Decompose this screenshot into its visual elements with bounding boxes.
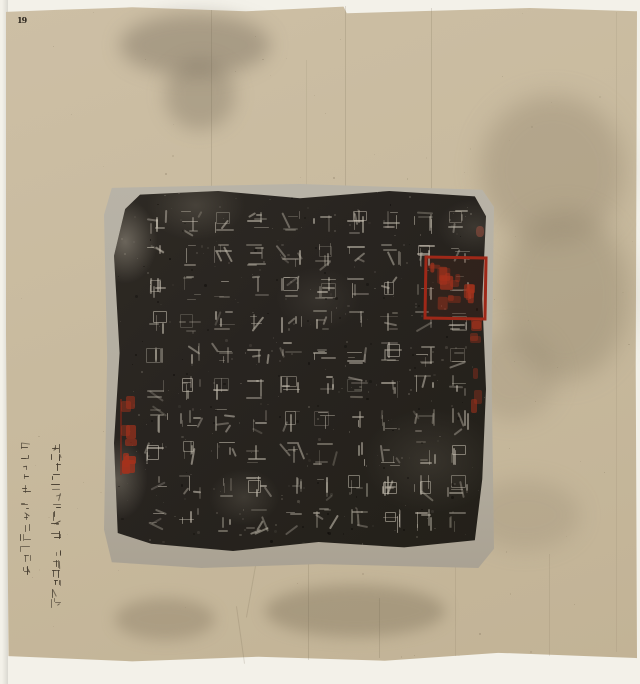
rubbing-character — [242, 437, 273, 470]
speckle — [333, 177, 334, 178]
annotation-stroke — [25, 485, 26, 493]
speckle — [414, 655, 415, 656]
annotation-stroke — [21, 546, 29, 547]
glyph-stroke — [416, 354, 428, 356]
speckle — [120, 321, 121, 322]
speckle — [255, 36, 256, 37]
glyph-stroke — [390, 465, 400, 467]
rubbing-character — [209, 371, 240, 404]
annotation-stroke — [57, 463, 58, 471]
rubbing-character — [276, 404, 307, 437]
rubbing-character — [142, 238, 173, 271]
rubbing-character — [410, 371, 441, 404]
speckle — [118, 570, 119, 571]
annotation-character — [19, 554, 33, 565]
annotation-stroke — [24, 555, 30, 556]
glyph-stroke — [251, 509, 267, 511]
glyph-stroke — [421, 362, 433, 364]
annotation-stroke — [54, 511, 55, 516]
glyph-stroke — [316, 319, 325, 321]
glyph-stroke — [161, 348, 163, 363]
rubbing-character — [242, 271, 273, 304]
annotation-stroke — [53, 570, 54, 577]
glyph-stroke — [418, 245, 431, 256]
speckle — [38, 436, 39, 437]
glyph-stroke — [467, 413, 469, 430]
speckle — [135, 354, 137, 356]
speckle — [53, 626, 54, 627]
annotation-character — [50, 559, 64, 569]
annotation-character — [19, 502, 33, 513]
speckle — [338, 547, 340, 549]
annotation-stroke — [56, 524, 59, 525]
rubbing-character — [276, 371, 307, 404]
glyph-stroke — [287, 317, 295, 324]
glyph-stroke — [430, 517, 432, 531]
speckle — [39, 569, 40, 570]
glyph-stroke — [452, 375, 454, 386]
annotation-character — [19, 544, 33, 555]
rubbing-column — [209, 205, 240, 537]
speckle — [286, 58, 287, 59]
annotation-stroke — [55, 580, 56, 585]
glyph-stroke — [188, 245, 196, 247]
glyph-stroke — [224, 414, 235, 417]
glyph-stroke — [449, 211, 461, 223]
rubbing-character — [175, 338, 206, 371]
glyph-stroke — [180, 413, 182, 424]
rubbing-character — [175, 437, 206, 470]
speckle — [377, 192, 378, 193]
rubbing-character — [276, 471, 307, 504]
glyph-stroke — [217, 443, 219, 459]
speckle — [477, 199, 479, 201]
speckle — [494, 299, 495, 300]
glyph-stroke — [283, 342, 293, 344]
rubbing-character — [343, 504, 374, 537]
speckle — [32, 577, 33, 578]
glyph-stroke — [261, 247, 263, 259]
glyph-stroke — [399, 510, 401, 528]
glyph-stroke — [326, 477, 328, 494]
annotation-character — [50, 529, 64, 539]
rubbing-character — [376, 338, 407, 371]
glyph-stroke — [300, 481, 302, 489]
rubbing-character — [209, 471, 240, 504]
glyph-stroke — [313, 352, 326, 354]
glyph-stroke — [361, 442, 363, 456]
rubbing-character — [242, 305, 273, 338]
glyph-stroke — [347, 246, 365, 248]
glyph-stroke — [295, 259, 297, 266]
glyph-stroke — [157, 416, 159, 432]
glyph-stroke — [353, 211, 367, 221]
speckle — [35, 465, 36, 466]
glyph-stroke — [247, 462, 257, 464]
glyph-stroke — [451, 475, 466, 488]
rubbing-character — [175, 371, 206, 404]
glyph-stroke — [317, 479, 324, 481]
glyph-stroke — [453, 223, 456, 234]
speckle — [162, 541, 164, 543]
speckle — [510, 593, 511, 594]
glyph-stroke — [222, 517, 224, 528]
glyph-stroke — [214, 328, 230, 330]
glyph-stroke — [313, 310, 327, 312]
glyph-stroke — [454, 521, 456, 531]
annotation-stroke — [52, 476, 53, 480]
glyph-stroke — [450, 516, 452, 529]
speckle — [485, 452, 486, 453]
glyph-stroke — [452, 408, 454, 422]
speckle — [509, 448, 510, 449]
glyph-stroke — [254, 227, 269, 229]
rubbing-character — [175, 404, 206, 437]
glyph-stroke — [189, 410, 191, 423]
rubbing-character — [410, 471, 441, 504]
glyph-stroke — [164, 210, 166, 223]
rubbing-character — [142, 338, 173, 371]
glyph-stroke — [247, 349, 261, 351]
page-number: 19 — [17, 15, 26, 25]
speckle — [291, 197, 293, 199]
glyph-stroke — [257, 277, 259, 291]
annotation-stroke — [56, 552, 57, 555]
speckle — [250, 549, 252, 551]
annotation-character — [19, 533, 33, 544]
annotation-stroke — [25, 525, 26, 532]
glyph-stroke — [392, 312, 398, 314]
glyph-stroke — [297, 444, 305, 460]
annotation-stroke — [51, 599, 52, 608]
annotation-stroke — [23, 534, 24, 541]
glyph-stroke — [383, 222, 400, 224]
annotation-stroke — [56, 507, 62, 508]
annotation-character — [19, 441, 33, 452]
annotation-stroke — [52, 489, 60, 490]
glyph-stroke — [231, 448, 236, 456]
rubbing-character — [175, 238, 206, 271]
glyph-stroke — [219, 442, 234, 444]
rubbing-character — [376, 471, 407, 504]
rubbing-character — [142, 504, 173, 537]
glyph-stroke — [434, 454, 436, 464]
glyph-stroke — [179, 475, 190, 477]
speckle — [185, 607, 186, 608]
glyph-stroke — [246, 244, 262, 246]
rubbing-character — [209, 205, 240, 238]
glyph-stroke — [387, 344, 400, 357]
rubbing-character — [376, 205, 407, 238]
glyph-stroke — [220, 495, 233, 497]
rubbing-character — [376, 504, 407, 537]
glyph-stroke — [150, 244, 164, 252]
rubbing-column — [242, 205, 273, 537]
speckle — [502, 76, 503, 77]
glyph-stroke — [199, 379, 201, 387]
seal-mark — [473, 368, 478, 378]
glyph-stroke — [320, 216, 333, 218]
speckle — [134, 216, 136, 218]
rubbing-column — [142, 205, 173, 537]
glyph-stroke — [313, 463, 322, 465]
glyph-stroke — [220, 318, 222, 327]
glyph-stroke — [466, 484, 468, 491]
rubbing-character — [242, 504, 273, 537]
rubbing-character — [410, 338, 441, 371]
glyph-stroke — [248, 480, 262, 494]
speckle — [269, 199, 271, 201]
speckle — [580, 461, 581, 462]
rubbing-character — [142, 471, 173, 504]
glyph-stroke — [260, 212, 262, 224]
glyph-stroke — [146, 348, 161, 363]
glyph-stroke — [317, 443, 333, 445]
glyph-stroke — [293, 446, 295, 463]
rubbing-character — [376, 371, 407, 404]
glyph-stroke — [383, 422, 385, 431]
annotation-character — [19, 523, 33, 534]
glyph-stroke — [181, 211, 192, 213]
glyph-stroke — [183, 487, 189, 494]
rubbing-character — [309, 338, 340, 371]
glyph-stroke — [194, 294, 201, 296]
glyph-stroke — [250, 252, 262, 254]
rubbing-character — [175, 471, 206, 504]
annotation-character — [50, 462, 64, 472]
glyph-stroke — [451, 489, 463, 491]
glyph-stroke — [182, 378, 193, 393]
annotation-stroke — [57, 604, 60, 607]
rubbing-character — [376, 305, 407, 338]
glyph-stroke — [381, 244, 392, 246]
glyph-stroke — [385, 428, 397, 430]
glyph-stroke — [155, 509, 167, 515]
glyph-stroke — [449, 385, 464, 387]
rubbing-character — [410, 404, 441, 437]
speckle — [458, 655, 459, 656]
glyph-stroke — [416, 375, 418, 391]
rubbing-character — [309, 504, 340, 537]
glyph-stroke — [285, 411, 295, 425]
speckle — [235, 198, 236, 199]
rubbing-character — [309, 205, 340, 238]
glyph-stroke — [253, 314, 255, 330]
speckle — [132, 364, 133, 365]
speckle — [515, 236, 516, 237]
glyph-stroke — [163, 380, 165, 392]
rubbing-character — [276, 338, 307, 371]
glyph-stroke — [314, 353, 316, 360]
glyph-stroke — [421, 346, 435, 348]
rubbing — [114, 191, 486, 551]
annotation-stroke — [53, 504, 61, 505]
glyph-stroke — [384, 321, 397, 325]
glyph-stroke — [225, 424, 231, 433]
glyph-stroke — [184, 264, 196, 266]
glyph-stroke — [147, 445, 159, 460]
speckle — [172, 155, 173, 156]
annotation-stroke — [51, 523, 58, 524]
glyph-stroke — [301, 316, 303, 326]
glyph-stroke — [182, 221, 199, 223]
rubbing-character — [410, 504, 441, 537]
rubbing-character — [276, 271, 307, 304]
rubbing-character — [276, 238, 307, 271]
annotation-stroke — [23, 491, 31, 492]
annotation-character — [50, 549, 64, 559]
speckle — [118, 276, 119, 277]
speckle — [426, 157, 427, 158]
rubbing-character — [309, 238, 340, 271]
rubbing-character — [309, 371, 340, 404]
glyph-stroke — [390, 212, 399, 214]
speckle — [557, 367, 558, 368]
rubbing-column — [376, 205, 407, 537]
annotation-character — [50, 510, 64, 520]
glyph-stroke — [281, 317, 283, 333]
glyph-stroke — [357, 257, 365, 262]
glyph-stroke — [215, 416, 217, 430]
speckle — [566, 536, 567, 537]
glyph-stroke — [248, 263, 266, 265]
annotation-stroke — [59, 531, 60, 539]
annotation-stroke — [24, 539, 31, 540]
annotation-character — [19, 565, 33, 576]
glyph-stroke — [225, 311, 233, 313]
glyph-stroke — [394, 387, 396, 393]
speckle — [178, 193, 180, 195]
glyph-stroke — [415, 430, 422, 432]
glyph-stroke — [347, 278, 364, 280]
annotation-character — [19, 512, 33, 523]
speckle — [407, 178, 408, 179]
speckle — [103, 431, 104, 432]
seal-fragments — [470, 316, 486, 431]
rubbing-character — [209, 437, 240, 470]
glyph-stroke — [360, 311, 362, 323]
rubbing-character — [410, 205, 441, 238]
glyph-stroke — [260, 379, 262, 397]
rubbing-character — [343, 271, 374, 304]
rubbing-character — [242, 205, 273, 238]
rubbing-character — [343, 338, 374, 371]
annotation-character — [50, 501, 64, 511]
glyph-stroke — [162, 323, 164, 333]
glyph-stroke — [190, 511, 192, 524]
rubbing-character — [309, 305, 340, 338]
annotation-stroke — [21, 442, 30, 444]
annotation-stroke — [21, 458, 29, 459]
glyph-stroke — [420, 459, 429, 461]
glyph-stroke — [397, 381, 399, 398]
rubbing-character — [343, 305, 374, 338]
glyph-stroke — [381, 359, 396, 361]
seal-mark — [122, 460, 131, 474]
glyph-stroke — [150, 223, 152, 234]
rubbing-character — [142, 371, 173, 404]
rubbing-character — [343, 404, 374, 437]
glyph-stroke — [347, 379, 363, 393]
glyph-stroke — [156, 219, 158, 228]
glyph-stroke — [281, 376, 297, 387]
annotation-stroke — [21, 504, 27, 505]
rubbing-character — [142, 437, 173, 470]
glyph-stroke — [266, 354, 269, 364]
speckle — [164, 195, 165, 196]
rubbing-character — [376, 238, 407, 271]
annotation-character — [50, 587, 64, 597]
glyph-stroke — [449, 492, 463, 494]
speckle — [21, 298, 22, 299]
glyph-stroke — [192, 217, 194, 231]
glyph-stroke — [248, 458, 266, 460]
glyph-stroke — [384, 282, 394, 294]
annotation-character — [50, 578, 64, 588]
glyph-stroke — [285, 229, 296, 231]
seal-fragment — [476, 226, 484, 237]
glyph-stroke — [383, 449, 391, 451]
speckle — [470, 148, 471, 149]
rubbing-column — [309, 205, 340, 537]
speckle — [522, 13, 523, 14]
glyph-stroke — [383, 249, 397, 251]
speckle — [165, 173, 166, 174]
rubbing-character — [142, 404, 173, 437]
seal-mark — [470, 336, 481, 343]
rubbing-character — [343, 371, 374, 404]
speckle — [514, 361, 515, 362]
glyph-stroke — [449, 512, 466, 514]
speckle — [478, 490, 479, 491]
glyph-stroke — [449, 362, 465, 369]
rubbing-character — [309, 271, 340, 304]
speckle — [509, 140, 510, 141]
speckle — [528, 320, 529, 321]
speckle — [302, 542, 305, 545]
annotation-stroke — [24, 512, 30, 517]
glyph-stroke — [327, 383, 329, 394]
speckle — [401, 656, 402, 657]
glyph-stroke — [219, 360, 225, 362]
speckle — [325, 113, 326, 114]
annotation-stroke — [51, 484, 59, 485]
rubbing-character — [242, 471, 273, 504]
glyph-stroke — [422, 375, 427, 388]
speckle — [127, 500, 128, 501]
rubbing-character — [242, 238, 273, 271]
speckle — [474, 545, 476, 547]
speckle — [574, 604, 575, 605]
speckle — [530, 651, 531, 652]
glyph-stroke — [464, 410, 466, 427]
speckle — [449, 548, 450, 549]
glyph-stroke — [216, 229, 234, 231]
rubbing-character — [276, 205, 307, 238]
glyph-stroke — [352, 283, 354, 298]
annotation-stroke — [29, 524, 30, 531]
speckle — [135, 295, 138, 298]
annotation-character — [50, 568, 64, 578]
glyph-stroke — [183, 441, 194, 452]
speckle — [145, 59, 146, 60]
annotation-character — [50, 491, 64, 501]
glyph-stroke — [329, 514, 339, 528]
rubbing-character — [142, 205, 173, 238]
speckle — [297, 583, 298, 584]
speckle — [124, 253, 126, 255]
annotation-stroke — [51, 454, 52, 460]
